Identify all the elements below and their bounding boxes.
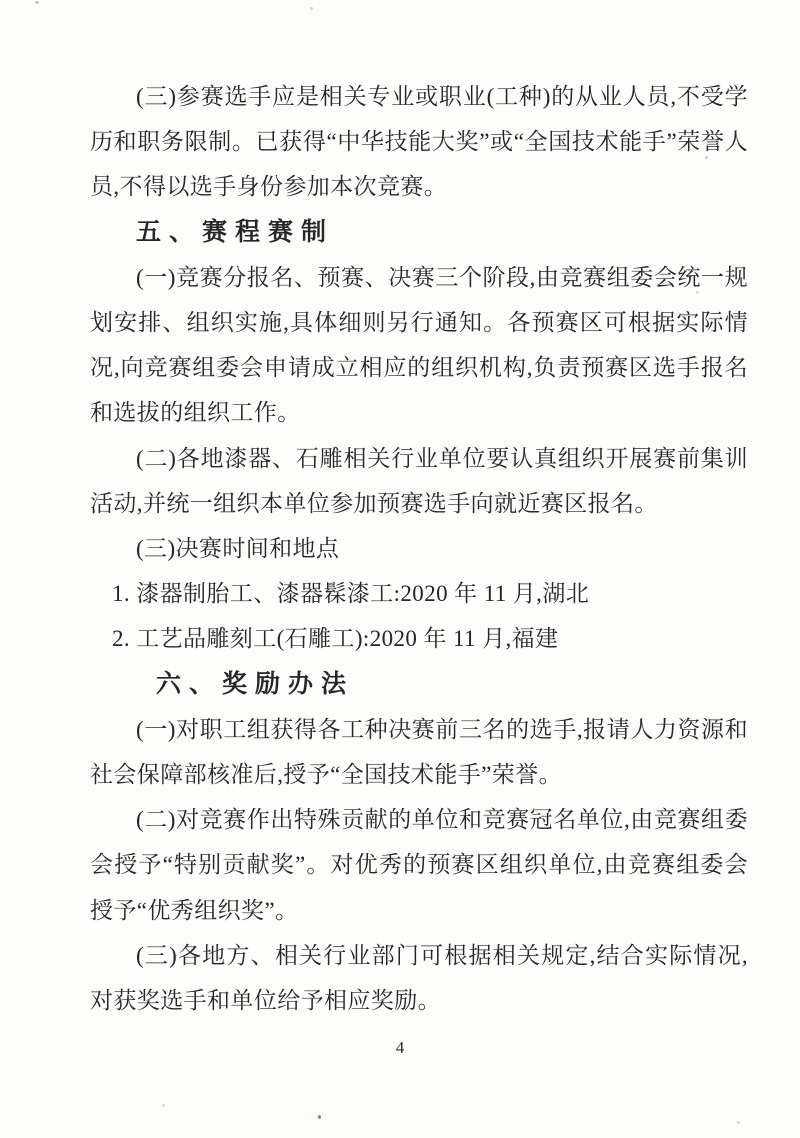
scan-speckle-red: [318, 1115, 321, 1119]
paragraph-schedule-2: (二)各地漆器、石雕相关行业单位要认真组织开展赛前集训活动,并统一组织本单位参加…: [90, 436, 748, 526]
paragraph-eligibility-3: (三)参赛选手应是相关专业或职业(工种)的从业人员,不受学历和职务限制。已获得“…: [90, 74, 748, 210]
page-number: 4: [0, 1038, 800, 1058]
scan-speckle: [696, 291, 699, 294]
paragraph-schedule-3-final-time-place: (三)决赛时间和地点: [90, 526, 748, 571]
scanned-document-page: (三)参赛选手应是相关专业或职业(工种)的从业人员,不受学历和职务限制。已获得“…: [0, 0, 800, 1138]
section-heading-6-awards: 六、奖励办法: [90, 662, 748, 707]
document-body-text: (三)参赛选手应是相关专业或职业(工种)的从业人员,不受学历和职务限制。已获得“…: [90, 74, 748, 1023]
scan-speckle: [737, 1121, 740, 1124]
list-item-final-2-stone-carving: 2. 工艺品雕刻工(石雕工):2020 年 11 月,福建: [90, 616, 748, 661]
scan-speckle: [310, 7, 313, 10]
paragraph-awards-1: (一)对职工组获得各工种决赛前三名的选手,报请人力资源和社会保障部核准后,授予“…: [90, 707, 748, 797]
paragraph-awards-3: (三)各地方、相关行业部门可根据相关规定,结合实际情况,对获奖选手和单位给予相应…: [90, 933, 748, 1023]
scan-speckle: [35, 1, 39, 4]
section-heading-5-schedule: 五、赛程赛制: [90, 210, 748, 255]
list-item-final-1-lacquer: 1. 漆器制胎工、漆器髹漆工:2020 年 11 月,湖北: [90, 571, 748, 616]
paragraph-awards-2: (二)对竞赛作出特殊贡献的单位和竞赛冠名单位,由竞赛组委会授予“特别贡献奖”。对…: [90, 797, 748, 933]
paragraph-schedule-1: (一)竞赛分报名、预赛、决赛三个阶段,由竞赛组委会统一规划安排、组织实施,具体细…: [90, 255, 748, 436]
scan-speckle: [162, 1104, 165, 1107]
scan-speckle: [705, 156, 708, 159]
